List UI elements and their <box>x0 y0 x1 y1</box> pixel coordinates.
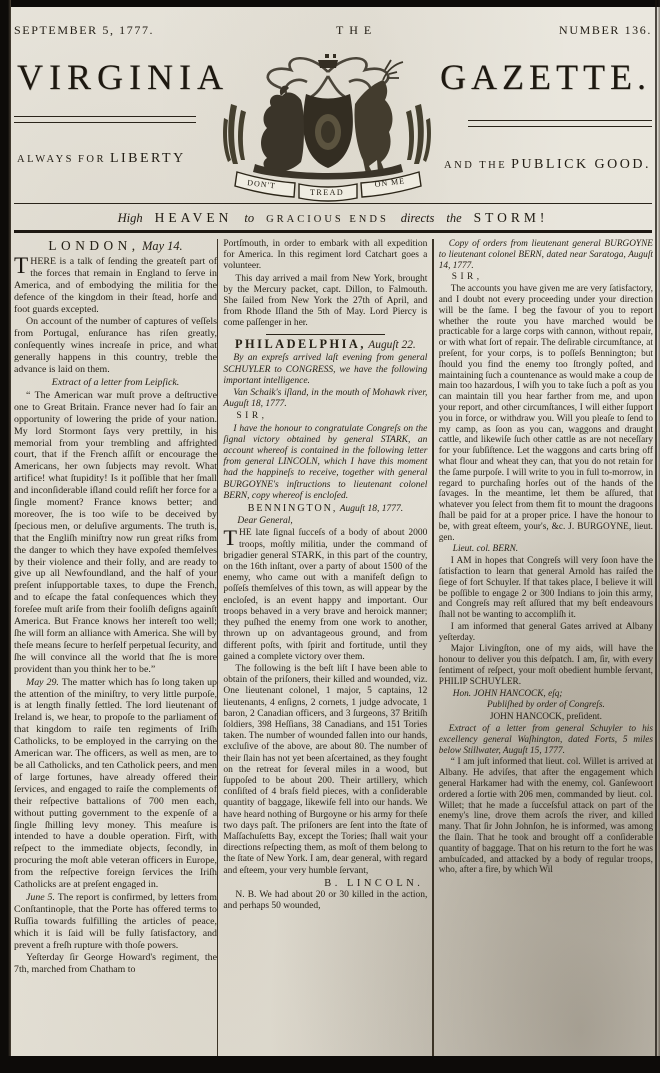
article-block-plead: May 29. The matter which has ſo long tak… <box>14 677 217 891</box>
slogan-publick-good: PUBLICK GOOD. <box>511 157 651 172</box>
article-block-ital: Van Schaik's iſland, in the mouth of Moh… <box>223 388 427 410</box>
column-3: Copy of orders from lieutenant general B… <box>434 239 653 1056</box>
article-block-pc: Portſmouth, in order to embark with all … <box>223 239 427 273</box>
crown <box>318 54 338 68</box>
article-block-p: This day arrived a mail from New York, b… <box>223 274 427 330</box>
double-rule-left <box>14 116 196 123</box>
slogan-always: ALWAYS <box>17 154 74 165</box>
motto-directs: directs <box>401 211 435 225</box>
drop-cap: T <box>14 256 30 276</box>
shield-inner <box>321 121 335 143</box>
article-block-p: N. B. We had about 20 or 30 killed in th… <box>223 890 427 912</box>
article-block-p: The accounts you have given me are very … <box>439 284 653 543</box>
article-block-p: “ I am juſt informed that lieut. col. Wi… <box>439 757 653 876</box>
article-block-p: On account of the number of captures of … <box>14 316 217 376</box>
paragraph-lead: May 29. <box>26 677 59 688</box>
column-1: LONDON, May 14.THERE is a talk of ſendin… <box>14 239 217 1056</box>
title-gazette: GAZETTE. <box>440 56 651 98</box>
issue-number: NUMBER 136. <box>559 23 652 38</box>
article-block-p: Major Livingſton, one of my aids, will h… <box>439 644 653 687</box>
bottom-border <box>0 1056 660 1073</box>
stag-antlers <box>383 60 403 80</box>
slogan-liberty: LIBERTY <box>110 151 186 166</box>
article-block-heading: LONDON, May 14. <box>14 240 217 254</box>
motto-heaven: HEAVEN <box>155 210 233 225</box>
column-2: Portſmouth, in order to embark with all … <box>218 239 432 1056</box>
ribbon-text-tread: TREAD <box>310 188 344 197</box>
divider-rule <box>266 334 384 336</box>
article-block-p: I AM in hopes that Congreſs will very ſo… <box>439 556 653 621</box>
rule-below-motto <box>14 230 652 233</box>
article-block-ital: I have the honour to congratulate Congre… <box>223 424 427 502</box>
section-caps: PHILADELPHIA, <box>235 337 366 351</box>
coat-of-arms: DON'T TREAD ON ME <box>197 48 459 204</box>
section-caps: LONDON, <box>48 239 139 253</box>
article-block-italc: Publiſhed by order of Congreſs. <box>439 700 653 711</box>
article-block-drop: THE late ſignal ſucceſs of a body of abo… <box>223 528 427 662</box>
right-supporter-stag <box>354 80 392 174</box>
section-date: May 14. <box>142 239 183 253</box>
issue-date: SEPTEMBER 5, 1777. <box>14 23 154 38</box>
dateline-row: SEPTEMBER 5, 1777. THE NUMBER 136. <box>14 23 652 38</box>
article-block-ital: Copy of orders from lieutenant general B… <box>439 239 653 271</box>
article-columns: LONDON, May 14.THERE is a talk of ſendin… <box>14 239 653 1056</box>
paragraph-text: HE late ſignal ſucceſs of a body of abou… <box>223 528 427 661</box>
article-block-heading2: PHILADELPHIA, Auguſt 22. <box>223 339 427 352</box>
left-supporter-bear <box>261 86 304 172</box>
motto-storm: STORM! <box>474 210 549 225</box>
article-block-center: JOHN HANCOCK, preſident. <box>439 712 653 723</box>
article-block-sig: B. LINCOLN. <box>223 878 427 889</box>
article-block-p: Yeſterday ſir George Howard's regiment, … <box>14 952 217 976</box>
article-block-itall: Hon. JOHN HANCOCK, eſq; <box>439 689 653 700</box>
motto-to: to <box>244 211 254 225</box>
section-date: Auguſt 18, 1777. <box>340 504 403 514</box>
rule-above-motto <box>14 203 652 204</box>
motto-the: the <box>446 211 461 225</box>
motto-high: High <box>118 211 143 225</box>
article-block-italc: Extract of a letter from Leipſick. <box>14 377 217 389</box>
motto-line: High HEAVEN to GRACIOUS ENDS directs the… <box>14 209 652 227</box>
article-block-centersc: BENNINGTON, Auguſt 18, 1777. <box>223 503 427 515</box>
slogan-for: FOR <box>78 154 106 165</box>
section-caps: BENNINGTON, <box>248 503 338 514</box>
article-block-p: “ The American war muſt prove a deſtruct… <box>14 390 217 676</box>
section-date: Auguſt 22. <box>368 339 415 351</box>
drop-cap: T <box>223 528 239 547</box>
slogan-left: ALWAYS FOR LIBERTY <box>17 149 186 167</box>
slogan-andthe: AND THE <box>444 160 507 171</box>
article-block-salute: SIR, <box>223 411 427 422</box>
article-block-itall: Lieut. col. BERN. <box>439 544 653 555</box>
masthead-the: THE <box>336 23 377 38</box>
article-block-salute: SIR, <box>439 272 653 283</box>
paragraph-text: HERE is a talk of ſending the greateſt p… <box>14 256 217 315</box>
paragraph-text: The matter which has ſo long taken up th… <box>14 677 217 890</box>
article-block-ital: By an expreſs arrived laſt evening from … <box>223 353 427 387</box>
article-block-drop: THERE is a talk of ſending the greateſt … <box>14 256 217 316</box>
article-block-p: I am informed that general Gates arrived… <box>439 622 653 644</box>
motto-gracious-ends: GRACIOUS ENDS <box>266 214 389 225</box>
article-block-plead: June 5. The report is confirmed, by lett… <box>14 892 217 952</box>
article-block-itall: Dear General, <box>223 516 427 527</box>
article-block-p: The following is the beſt liſt I have be… <box>223 664 427 877</box>
article-block-ital: Extract of a letter from general Schuyle… <box>439 724 653 756</box>
masthead: SEPTEMBER 5, 1777. THE NUMBER 136. VIRGI… <box>0 0 660 238</box>
double-rule-right <box>468 120 652 127</box>
newspaper-page: SEPTEMBER 5, 1777. THE NUMBER 136. VIRGI… <box>0 0 660 1073</box>
slogan-right: AND THE PUBLICK GOOD. <box>444 155 651 173</box>
paragraph-lead: June 5. <box>26 892 55 903</box>
